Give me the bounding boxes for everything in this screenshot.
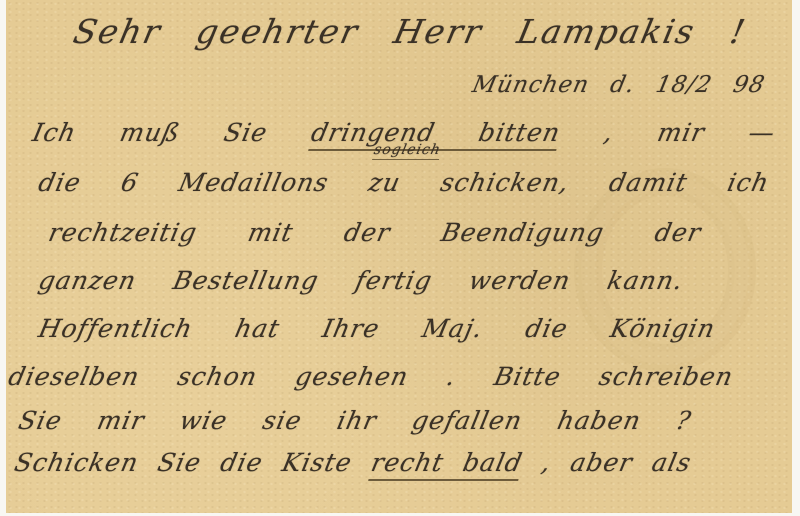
- body-line-7: Sie mir wie sie ihr gefallen haben ?: [16, 406, 694, 435]
- body-line-1-text: Ich muß Sie: [30, 118, 270, 147]
- body-line-8-text: Schicken Sie die Kiste: [12, 448, 355, 477]
- body-line-6-text: dieselben schon gesehen . Bitte schreibe…: [6, 362, 736, 391]
- interlinear-insertion: sogleich: [372, 142, 443, 160]
- body-line-7-text: Sie mir wie sie ihr gefallen haben ?: [16, 406, 694, 435]
- body-line-6: dieselben schon gesehen . Bitte schreibe…: [6, 362, 736, 391]
- insertion-text: sogleich: [372, 142, 442, 158]
- date-line: München d. 18/2 98: [470, 72, 768, 98]
- body-line-8-tail: , aber als: [539, 448, 694, 477]
- body-line-3: rechtzeitig mit der Beendigung der: [46, 218, 704, 247]
- salutation-line: Sehr geehrter Herr Lampakis !: [70, 12, 750, 51]
- body-line-2: die 6 Medaillons zu schicken, damit ich: [36, 168, 772, 197]
- body-line-5: Hoffentlich hat Ihre Maj. die Königin: [36, 314, 718, 343]
- scanned-letter-page: { "page": { "border_color": "#f8f7f3", "…: [0, 0, 800, 516]
- body-line-4-text: ganzen Bestellung fertig werden kann.: [36, 266, 686, 295]
- underlined-phrase-recht-bald: recht bald: [368, 448, 526, 481]
- date-text: München d. 18/2 98: [470, 72, 768, 98]
- salutation-text: Sehr geehrter Herr Lampakis !: [70, 12, 750, 51]
- body-line-2-text: die 6 Medaillons zu schicken, damit ich: [36, 168, 772, 197]
- body-line-4: ganzen Bestellung fertig werden kann.: [36, 266, 686, 295]
- body-line-5-text: Hoffentlich hat Ihre Maj. die Königin: [36, 314, 718, 343]
- body-line-1-tail: , mir —: [602, 118, 779, 147]
- body-line-8: Schicken Sie die Kiste recht bald , aber…: [12, 448, 694, 477]
- body-line-3-text: rechtzeitig mit der Beendigung der: [46, 218, 704, 247]
